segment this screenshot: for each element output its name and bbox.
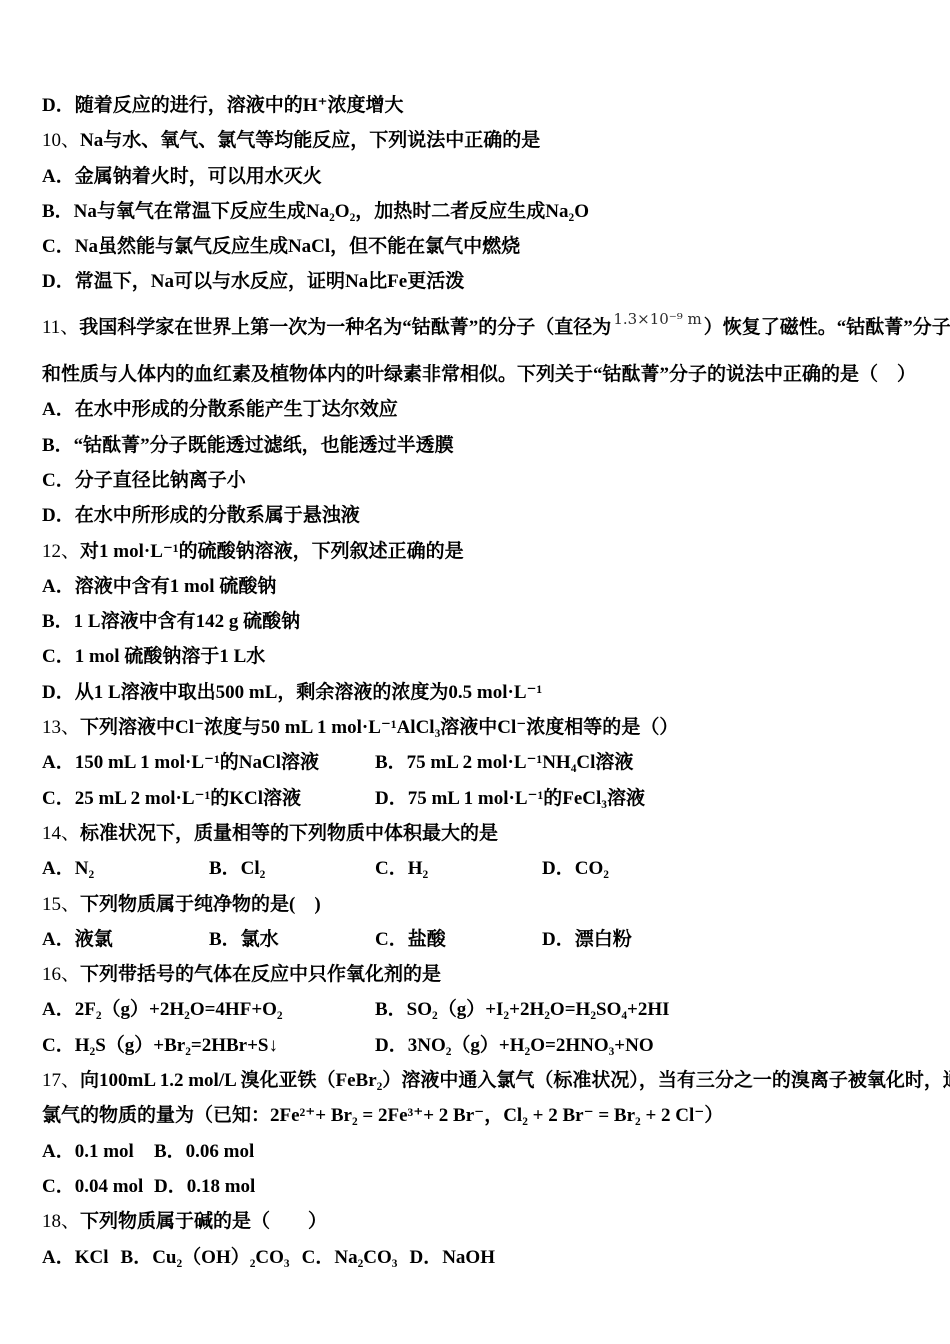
question-14-option-b: B．Cl₂ [209,851,375,886]
question-15-option-b: B．氯水 [209,922,375,957]
question-13-option-d: D．75 mL 1 mol·L⁻¹的FeCl₃溶液 [375,781,920,816]
diameter-formula: 1.3×10⁻⁹ m [611,310,703,328]
question-18-options-row: A．KClB．Cu₂（OH）₂CO₃C．Na₂CO₃D．NaOH [42,1240,920,1275]
question-14-option-a: A．N₂ [42,851,209,886]
question-stem-text: 下列带括号的气体在反应中只作氧化剂的是 [80,964,441,985]
question-11-stem-line1: 11、我国科学家在世界上第一次为一种名为“钴酞菁”的分子（直径为1.3×10⁻⁹… [42,310,920,345]
question-15-option-a: A．液氯 [42,922,209,957]
question-14-option-d: D．CO₂ [542,851,920,886]
question-9-option-d: D．随着反应的进行，溶液中的H⁺浓度增大 [42,88,920,123]
question-12-option-d: D．从1 L溶液中取出500 mL，剩余溶液的浓度为0.5 mol·L⁻¹ [42,675,920,710]
question-number: 14、 [42,823,80,844]
question-number: 16、 [42,964,80,985]
question-12-option-a: A．溶液中含有1 mol 硫酸钠 [42,569,920,604]
question-10-option-a: A．金属钠着火时，可以用水灭火 [42,159,920,194]
question-number: 15、 [42,894,80,915]
question-stem-text: Na与水、氧气、氯气等均能反应，下列说法中正确的是 [80,130,540,151]
question-18-option-c: C．Na₂CO₃ [302,1247,398,1268]
question-13-options-row-2: C．25 mL 2 mol·L⁻¹的KCl溶液D．75 mL 1 mol·L⁻¹… [42,781,920,816]
question-12-stem: 12、对1 mol·L⁻¹的硫酸钠溶液，下列叙述正确的是 [42,534,920,569]
question-17-options-row-2: C．0.04 molD．0.18 mol [42,1169,920,1204]
question-14-stem: 14、标准状况下，质量相等的下列物质中体积最大的是 [42,816,920,851]
question-12-option-b: B．1 L溶液中含有142 g 硫酸钠 [42,604,920,639]
question-number: 10、 [42,130,80,151]
question-15-option-d: D．漂白粉 [542,922,920,957]
question-18-stem: 18、下列物质属于碱的是（ ） [42,1204,920,1239]
exam-page: D．随着反应的进行，溶液中的H⁺浓度增大 10、Na与水、氧气、氯气等均能反应，… [0,0,950,1344]
question-16-stem: 16、下列带括号的气体在反应中只作氧化剂的是 [42,957,920,992]
question-stem-text: 标准状况下，质量相等的下列物质中体积最大的是 [80,823,498,844]
question-number: 12、 [42,541,80,562]
question-10-option-c: C．Na虽然能与氯气反应生成NaCl，但不能在氯气中燃烧 [42,229,920,264]
question-18-option-a: A．KCl [42,1247,109,1268]
question-13-stem: 13、下列溶液中Cl⁻浓度与50 mL 1 mol·L⁻¹AlCl₃溶液中Cl⁻… [42,710,920,745]
question-15-option-c: C．盐酸 [375,922,542,957]
question-number: 11、 [42,317,79,338]
question-15-stem: 15、下列物质属于纯净物的是( ) [42,887,920,922]
question-11-option-d: D．在水中所形成的分散系属于悬浊液 [42,498,920,533]
question-16-option-b: B．SO₂（g）+I₂+2H₂O=H₂SO₄+2HI [375,992,920,1027]
question-18-option-b: B．Cu₂（OH）₂CO₃ [121,1247,290,1268]
question-stem-text: 我国科学家在世界上第一次为一种名为“钴酞菁”的分子（直径为 [79,317,611,338]
question-11-option-c: C．分子直径比钠离子小 [42,463,920,498]
question-16-option-c: C．H₂S（g）+Br₂=2HBr+S↓ [42,1028,375,1063]
question-number: 18、 [42,1211,80,1232]
question-17-option-c: C．0.04 mol [42,1169,154,1204]
question-number: 17、 [42,1070,80,1091]
question-13-option-c: C．25 mL 2 mol·L⁻¹的KCl溶液 [42,781,375,816]
question-12-option-c: C．1 mol 硫酸钠溶于1 L水 [42,639,920,674]
question-17-option-d: D．0.18 mol [154,1169,920,1204]
question-stem-text: 下列物质属于碱的是（ ） [80,1211,327,1232]
question-14-option-c: C．H₂ [375,851,542,886]
question-stem-text: 向100mL 1.2 mol/L 溴化亚铁（FeBr₂）溶液中通入氯气（标准状况… [80,1070,950,1091]
question-16-options-row-2: C．H₂S（g）+Br₂=2HBr+S↓D．3NO₂（g）+H₂O=2HNO₃+… [42,1028,920,1063]
question-number: 13、 [42,717,80,738]
question-14-options-row: A．N₂B．Cl₂C．H₂D．CO₂ [42,851,920,886]
question-10-stem: 10、Na与水、氧气、氯气等均能反应，下列说法中正确的是 [42,123,920,158]
question-stem-text: 下列物质属于纯净物的是( ) [80,894,321,915]
question-16-options-row-1: A．2F₂（g）+2H₂O=4HF+O₂B．SO₂（g）+I₂+2H₂O=H₂S… [42,992,920,1027]
question-11-stem-line2: 和性质与人体内的血红素及植物体内的叶绿素非常相似。下列关于“钴酞菁”分子的说法中… [42,357,920,392]
question-17-options-row-1: A．0.1 molB．0.06 mol [42,1134,920,1169]
question-stem-text: 对1 mol·L⁻¹的硫酸钠溶液，下列叙述正确的是 [80,541,464,562]
question-13-option-a: A．150 mL 1 mol·L⁻¹的NaCl溶液 [42,745,375,780]
question-11-option-a: A．在水中形成的分散系能产生丁达尔效应 [42,392,920,427]
question-16-option-d: D．3NO₂（g）+H₂O=2HNO₃+NO [375,1028,920,1063]
question-stem-text: 下列溶液中Cl⁻浓度与50 mL 1 mol·L⁻¹AlCl₃溶液中Cl⁻浓度相… [80,717,678,738]
question-10-option-d: D．常温下，Na可以与水反应，证明Na比Fe更活泼 [42,264,920,299]
question-16-option-a: A．2F₂（g）+2H₂O=4HF+O₂ [42,992,375,1027]
question-17-stem-line2: 氯气的物质的量为（已知：2Fe²⁺+ Br₂ = 2Fe³⁺+ 2 Br⁻，Cl… [42,1098,920,1133]
question-13-options-row-1: A．150 mL 1 mol·L⁻¹的NaCl溶液B．75 mL 2 mol·L… [42,745,920,780]
question-15-options-row: A．液氯B．氯水C．盐酸D．漂白粉 [42,922,920,957]
question-17-option-a: A．0.1 mol [42,1134,154,1169]
question-13-option-b: B．75 mL 2 mol·L⁻¹NH₄Cl溶液 [375,745,920,780]
question-17-stem-line1: 17、向100mL 1.2 mol/L 溴化亚铁（FeBr₂）溶液中通入氯气（标… [42,1063,920,1098]
question-10-option-b: B．Na与氧气在常温下反应生成Na₂O₂，加热时二者反应生成Na₂O [42,194,920,229]
question-17-option-b: B．0.06 mol [154,1134,920,1169]
question-18-option-d: D．NaOH [409,1247,495,1268]
question-stem-text: ）恢复了磁性。“钴酞菁”分子结构 [704,317,950,338]
question-11-option-b: B．“钴酞菁”分子既能透过滤纸，也能透过半透膜 [42,428,920,463]
